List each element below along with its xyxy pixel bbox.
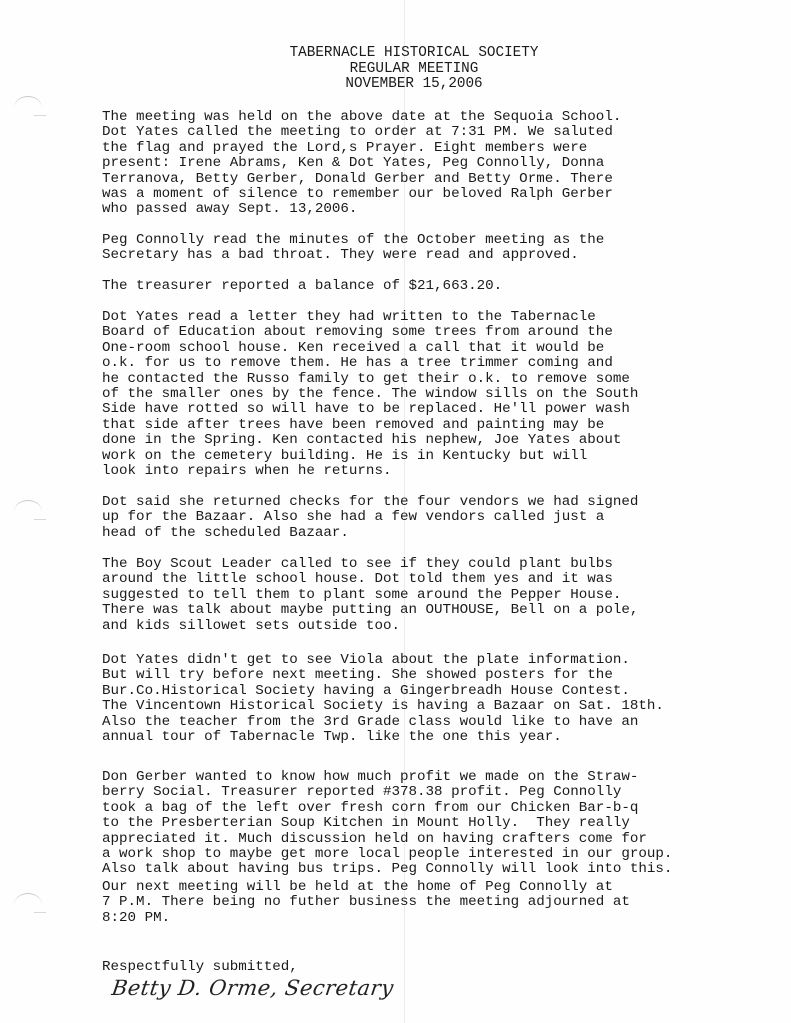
text-line: Bur.Co.Historical Society having a Ginge… (102, 684, 664, 699)
text-line: Dot Yates read a letter they had written… (102, 310, 638, 325)
text-line: done in the Spring. Ken contacted his ne… (102, 433, 638, 448)
text-line: One-room school house. Ken received a ca… (102, 341, 638, 356)
text-line: Peg Connolly read the minutes of the Oct… (102, 233, 604, 248)
text-line: Secretary has a bad throat. They were re… (102, 248, 604, 263)
document-header: TABERNACLE HISTORICAL SOCIETY REGULAR ME… (100, 46, 714, 93)
text-line: Terranova, Betty Gerber, Donald Gerber a… (102, 172, 621, 187)
text-line: he contacted the Russo family to get the… (102, 372, 638, 387)
paragraph: The treasurer reported a balance of $21,… (102, 279, 502, 294)
text-line: The treasurer reported a balance of $21,… (102, 279, 502, 294)
closing-line: Respectfully submitted, (102, 959, 298, 975)
text-line: Dot said she returned checks for the fou… (102, 495, 638, 510)
punch-hole-mark-middle (14, 500, 42, 523)
paragraph: Dot Yates didn't get to see Viola about … (102, 653, 664, 745)
text-line: took a bag of the left over fresh corn f… (102, 801, 672, 816)
text-line: Don Gerber wanted to know how much profi… (102, 770, 672, 785)
text-line: berry Social. Treasurer reported #378.38… (102, 785, 672, 800)
text-line: The Boy Scout Leader called to see if th… (102, 557, 638, 572)
text-line: the flag and prayed the Lord,s Prayer. E… (102, 141, 621, 156)
text-line: a work shop to maybe get more local peop… (102, 847, 672, 862)
punch-hole-mark-bottom (14, 893, 42, 916)
text-line: There was talk about maybe putting an OU… (102, 603, 638, 618)
text-line: head of the scheduled Bazaar. (102, 526, 638, 541)
text-line: Dot Yates didn't get to see Viola about … (102, 653, 664, 668)
text-line: annual tour of Tabernacle Twp. like the … (102, 730, 664, 745)
paragraph: Our next meeting will be held at the hom… (102, 880, 630, 926)
text-line: look into repairs when he returns. (102, 464, 638, 479)
text-line: work on the cemetery building. He is in … (102, 449, 638, 464)
text-line: Dot Yates called the meeting to order at… (102, 125, 621, 140)
text-line: that side after trees have been removed … (102, 418, 638, 433)
paragraph: The meeting was held on the above date a… (102, 110, 621, 218)
paragraph: Dot Yates read a letter they had written… (102, 310, 638, 479)
handwritten-signature: Betty D. Orme, Secretary (110, 976, 395, 1000)
text-line: 7 P.M. There being no futher business th… (102, 895, 630, 910)
text-line: around the little school house. Dot told… (102, 572, 638, 587)
text-line: to the Presberterian Soup Kitchen in Mou… (102, 816, 672, 831)
paragraph: Peg Connolly read the minutes of the Oct… (102, 233, 604, 264)
text-line: was a moment of silence to remember our … (102, 187, 621, 202)
paragraph: The Boy Scout Leader called to see if th… (102, 557, 638, 634)
meeting-date: NOVEMBER 15,2006 (114, 77, 714, 93)
text-line: 8:20 PM. (102, 911, 630, 926)
punch-hole-mark-top (14, 96, 42, 119)
text-line: Board of Education about removing some t… (102, 325, 638, 340)
text-line: The meeting was held on the above date a… (102, 110, 621, 125)
text-line: who passed away Sept. 13,2006. (102, 202, 621, 217)
text-line: Also talk about having bus trips. Peg Co… (102, 862, 672, 877)
meeting-type: REGULAR MEETING (114, 62, 714, 78)
text-line: o.k. for us to remove them. He has a tre… (102, 356, 638, 371)
text-line: up for the Bazaar. Also she had a few ve… (102, 510, 638, 525)
text-line: and kids sillowet sets outside too. (102, 619, 638, 634)
paragraph: Don Gerber wanted to know how much profi… (102, 770, 672, 878)
text-line: suggested to tell them to plant some aro… (102, 588, 638, 603)
text-line: Our next meeting will be held at the hom… (102, 880, 630, 895)
organization-title: TABERNACLE HISTORICAL SOCIETY (114, 46, 714, 62)
text-line: present: Irene Abrams, Ken & Dot Yates, … (102, 156, 621, 171)
text-line: The Vincentown Historical Society is hav… (102, 699, 664, 714)
text-line: Also the teacher from the 3rd Grade clas… (102, 715, 664, 730)
text-line: But will try before next meeting. She sh… (102, 668, 664, 683)
text-line: Side have rotted so will have to be repl… (102, 402, 638, 417)
document-page: TABERNACLE HISTORICAL SOCIETY REGULAR ME… (0, 0, 791, 1023)
text-line: appreciated it. Much discussion held on … (102, 832, 672, 847)
text-line: of the smaller ones by the fence. The wi… (102, 387, 638, 402)
paragraph: Dot said she returned checks for the fou… (102, 495, 638, 541)
